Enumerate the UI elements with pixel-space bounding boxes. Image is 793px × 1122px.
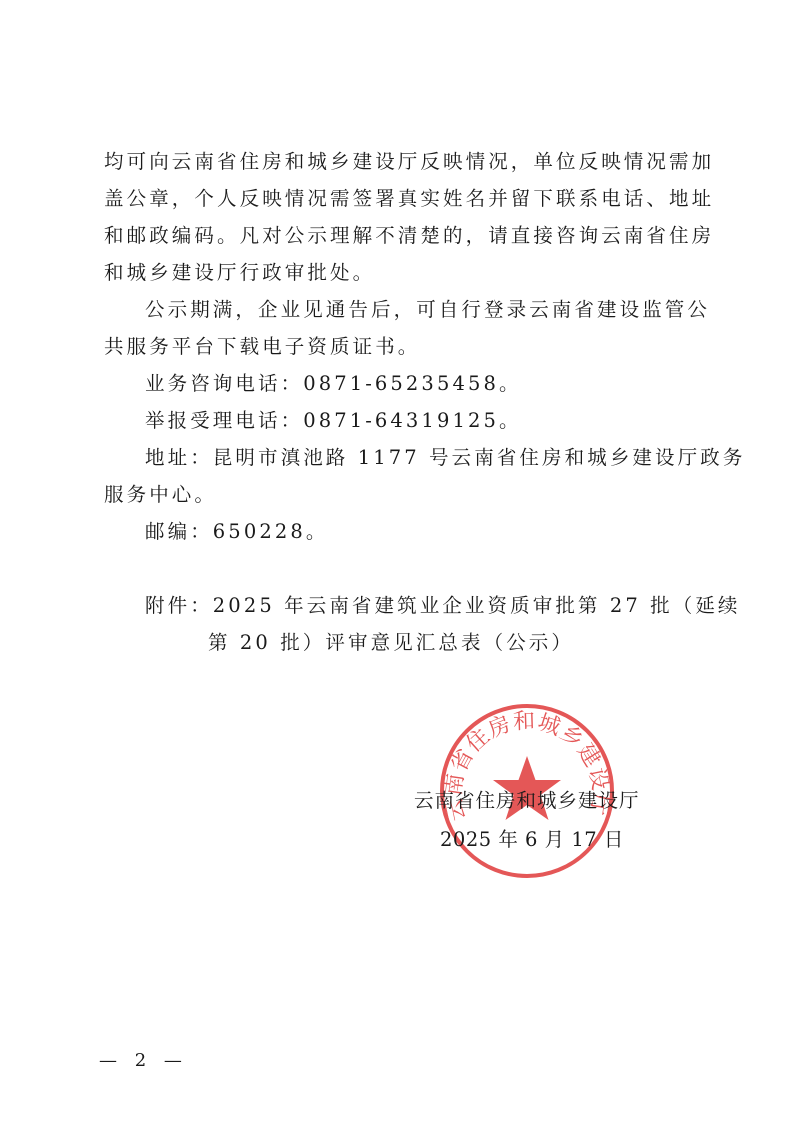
address-line: 服务中心。 xyxy=(104,483,217,507)
paragraph-line: 共服务平台下载电子资质证书。 xyxy=(104,335,420,359)
signing-organization: 云南省住房和城乡建设厅 xyxy=(414,789,640,813)
paragraph-line: 和城乡建设厅行政审批处。 xyxy=(104,261,375,285)
report-phone: 举报受理电话：0871-64319125。 xyxy=(145,409,522,433)
paragraph-line: 均可向云南省住房和城乡建设厅反映情况，单位反映情况需加 xyxy=(104,150,714,174)
signing-date: 2025 年 6 月 17 日 xyxy=(440,828,624,852)
postcode: 邮编：650228。 xyxy=(145,520,328,544)
address-line: 地址：昆明市滇池路 1177 号云南省住房和城乡建设厅政务 xyxy=(145,446,745,470)
paragraph-line: 公示期满，企业见通告后，可自行登录云南省建设监管公 xyxy=(145,298,710,322)
paragraph-line: 盖公章，个人反映情况需签署真实姓名并留下联系电话、地址 xyxy=(104,187,714,211)
attachment-line: 第 20 批）评审意见汇总表（公示） xyxy=(208,631,574,655)
consult-phone: 业务咨询电话：0871-65235458。 xyxy=(145,372,522,396)
page-number: — 2 — xyxy=(99,1050,188,1071)
attachment-line: 附件：2025 年云南省建筑业企业资质审批第 27 批（延续 xyxy=(145,594,741,618)
paragraph-line: 和邮政编码。凡对公示理解不清楚的，请直接咨询云南省住房 xyxy=(104,224,714,248)
